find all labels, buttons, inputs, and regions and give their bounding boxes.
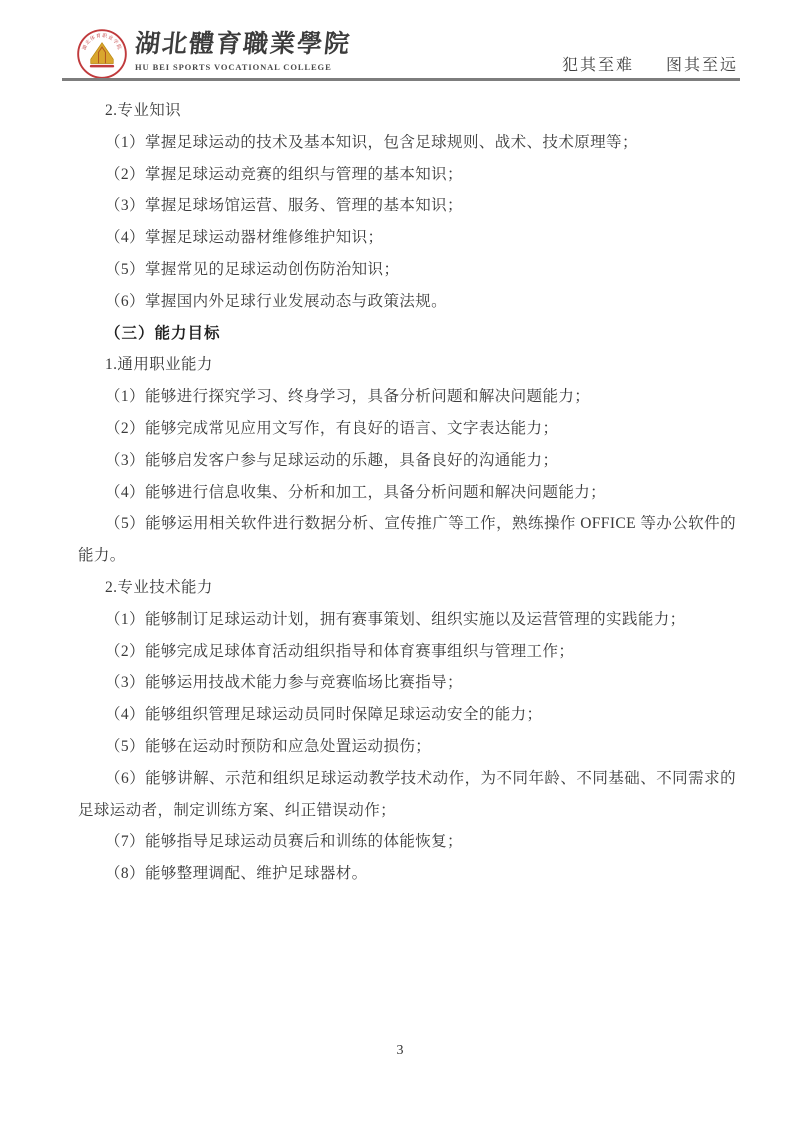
paragraph: （5）能够在运动时预防和应急处置运动损伤； — [78, 731, 736, 763]
page-header: 湖北体育职业学院 湖北體育職業學院 HU BEI SPORTS VOCATION… — [0, 0, 800, 81]
paragraph: （7）能够指导足球运动员赛后和训练的体能恢复； — [78, 826, 736, 858]
college-name-block: 湖北體育職業學院 HU BEI SPORTS VOCATIONAL COLLEG… — [135, 30, 351, 72]
paragraph: （2）能够完成常见应用文写作，有良好的语言、文字表达能力； — [78, 413, 736, 445]
paragraph: （6）掌握国内外足球行业发展动态与政策法规。 — [78, 286, 736, 318]
page-number: 3 — [397, 1043, 404, 1058]
college-name-zh: 湖北體育職業學院 — [133, 30, 352, 60]
motto-left: 犯其至难 — [562, 52, 634, 75]
document-page: 湖北体育职业学院 湖北體育職業學院 HU BEI SPORTS VOCATION… — [0, 0, 800, 1131]
paragraph: （2）掌握足球运动竞赛的组织与管理的基本知识； — [78, 159, 736, 191]
paragraph: （4）能够组织管理足球运动员同时保障足球运动安全的能力； — [78, 699, 736, 731]
paragraph: （1）掌握足球运动的技术及基本知识，包含足球规则、战术、技术原理等； — [78, 127, 736, 159]
paragraph: （1）能够进行探究学习、终身学习，具备分析问题和解决问题能力； — [78, 381, 736, 413]
paragraph: （4）能够进行信息收集、分析和加工，具备分析问题和解决问题能力； — [78, 477, 736, 509]
document-body: 2.专业知识（1）掌握足球运动的技术及基本知识，包含足球规则、战术、技术原理等；… — [78, 95, 736, 890]
paragraph: （4）掌握足球运动器材维修维护知识； — [78, 222, 736, 254]
paragraph: 2.专业技术能力 — [78, 572, 736, 604]
paragraph: 1.通用职业能力 — [78, 349, 736, 381]
paragraph: （5）能够运用相关软件进行数据分析、宣传推广等工作，熟练操作 OFFICE 等办… — [78, 508, 736, 572]
paragraph: （5）掌握常见的足球运动创伤防治知识； — [78, 254, 736, 286]
section-heading: （三）能力目标 — [78, 318, 736, 350]
paragraph: （3）能够启发客户参与足球运动的乐趣，具备良好的沟通能力； — [78, 445, 736, 477]
paragraph: （6）能够讲解、示范和组织足球运动教学技术动作，为不同年龄、不同基础、不同需求的… — [78, 763, 736, 827]
page-footer: 3 — [0, 1043, 800, 1059]
paragraph: （8）能够整理调配、维护足球器材。 — [78, 858, 736, 890]
paragraph: （1）能够制订足球运动计划，拥有赛事策划、组织实施以及运营管理的实践能力； — [78, 604, 736, 636]
paragraph: （3）能够运用技战术能力参与竞赛临场比赛指导； — [78, 667, 736, 699]
paragraph: 2.专业知识 — [78, 95, 736, 127]
college-name-en: HU BEI SPORTS VOCATIONAL COLLEGE — [135, 62, 351, 72]
paragraph: （2）能够完成足球体育活动组织指导和体育赛事组织与管理工作； — [78, 636, 736, 668]
header-motto: 犯其至难 图其至远 — [562, 52, 738, 75]
motto-right: 图其至远 — [666, 52, 738, 75]
paragraph: （3）掌握足球场馆运营、服务、管理的基本知识； — [78, 190, 736, 222]
college-seal-icon: 湖北体育职业学院 — [76, 28, 128, 80]
header-divider — [62, 78, 740, 81]
